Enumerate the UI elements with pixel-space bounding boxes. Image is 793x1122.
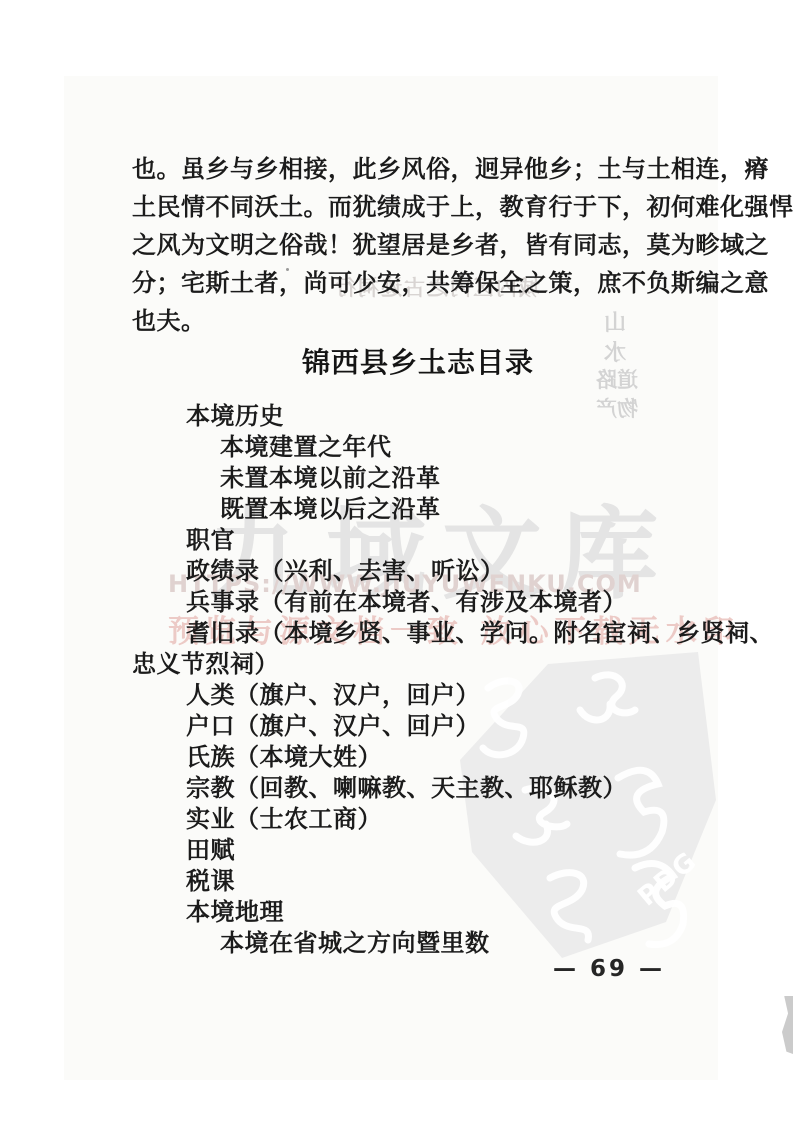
paragraph-line: 也夫。 [132,302,692,340]
toc-row: 户口（旗户、汉户、回户） [0,711,760,742]
ink-speck [286,268,289,271]
paragraph-line: 分；宅斯土者，尚可少安，共筹保全之策，庶不负斯编之意 [132,264,692,302]
intro-paragraph: 也。虽乡与乡相接，此乡风俗，迥异他乡；土与土相连，瘠 土民情不同沃土。而犹绩成于… [132,150,692,340]
scanned-page: 九域文库 HTTPS://WWW.JIUYUWENKU.COM 预览与源文档一致… [0,0,793,1122]
scan-edge-mark [782,996,793,1054]
toc-row: 人类（旗户、汉户，回户） [0,680,760,711]
toc-row: 未置本境以前之沿革 [0,463,760,494]
page-number: — 69 — [553,956,665,982]
ink-speck [437,366,442,372]
toc-row: 氏族（本境大姓） [0,742,760,773]
toc-row: 本境在省城之方向暨里数 [0,928,760,959]
toc-row: 既置本境以后之沿革 [0,494,760,525]
table-of-contents: 本境历史 本境建置之年代 未置本境以前之沿革 既置本境以后之沿革 职官 政绩录（… [0,401,760,959]
showthrough-item: 道路 [596,364,638,394]
toc-row: 宗教（回教、喇嘛教、天主教、耶稣教） [0,773,760,804]
toc-row: 职官 [0,525,760,556]
toc-row: 忠义节烈祠） [0,649,760,680]
paragraph-line: 也。虽乡与乡相接，此乡风俗，迥异他乡；土与土相连，瘠 [132,150,692,188]
toc-row: 兵事录（有前在本境者、有涉及本境者） [0,587,760,618]
paragraph-line: 土民情不同沃土。而犹绩成于上，教育行于下，初何难化强悍 [132,188,692,226]
showthrough-item: 水 [604,336,626,367]
toc-row: 田赋 [0,835,760,866]
toc-row: 本境建置之年代 [0,432,760,463]
page-title: 锦西县乡土志目录 [302,341,534,381]
toc-row: 实业（士农工商） [0,804,760,835]
toc-row: 本境历史 [0,401,760,432]
toc-row: 耆旧录（本境乡贤、事业、学问。附名宦祠、乡贤祠、 [0,618,760,649]
toc-row: 本境地理 [0,897,760,928]
toc-row: 政绩录（兴利、去害、听讼） [0,556,760,587]
paragraph-line: 之风为文明之俗哉！犹望居是乡者，皆有同志，莫为畛域之 [132,226,692,264]
toc-row: 税课 [0,866,760,897]
